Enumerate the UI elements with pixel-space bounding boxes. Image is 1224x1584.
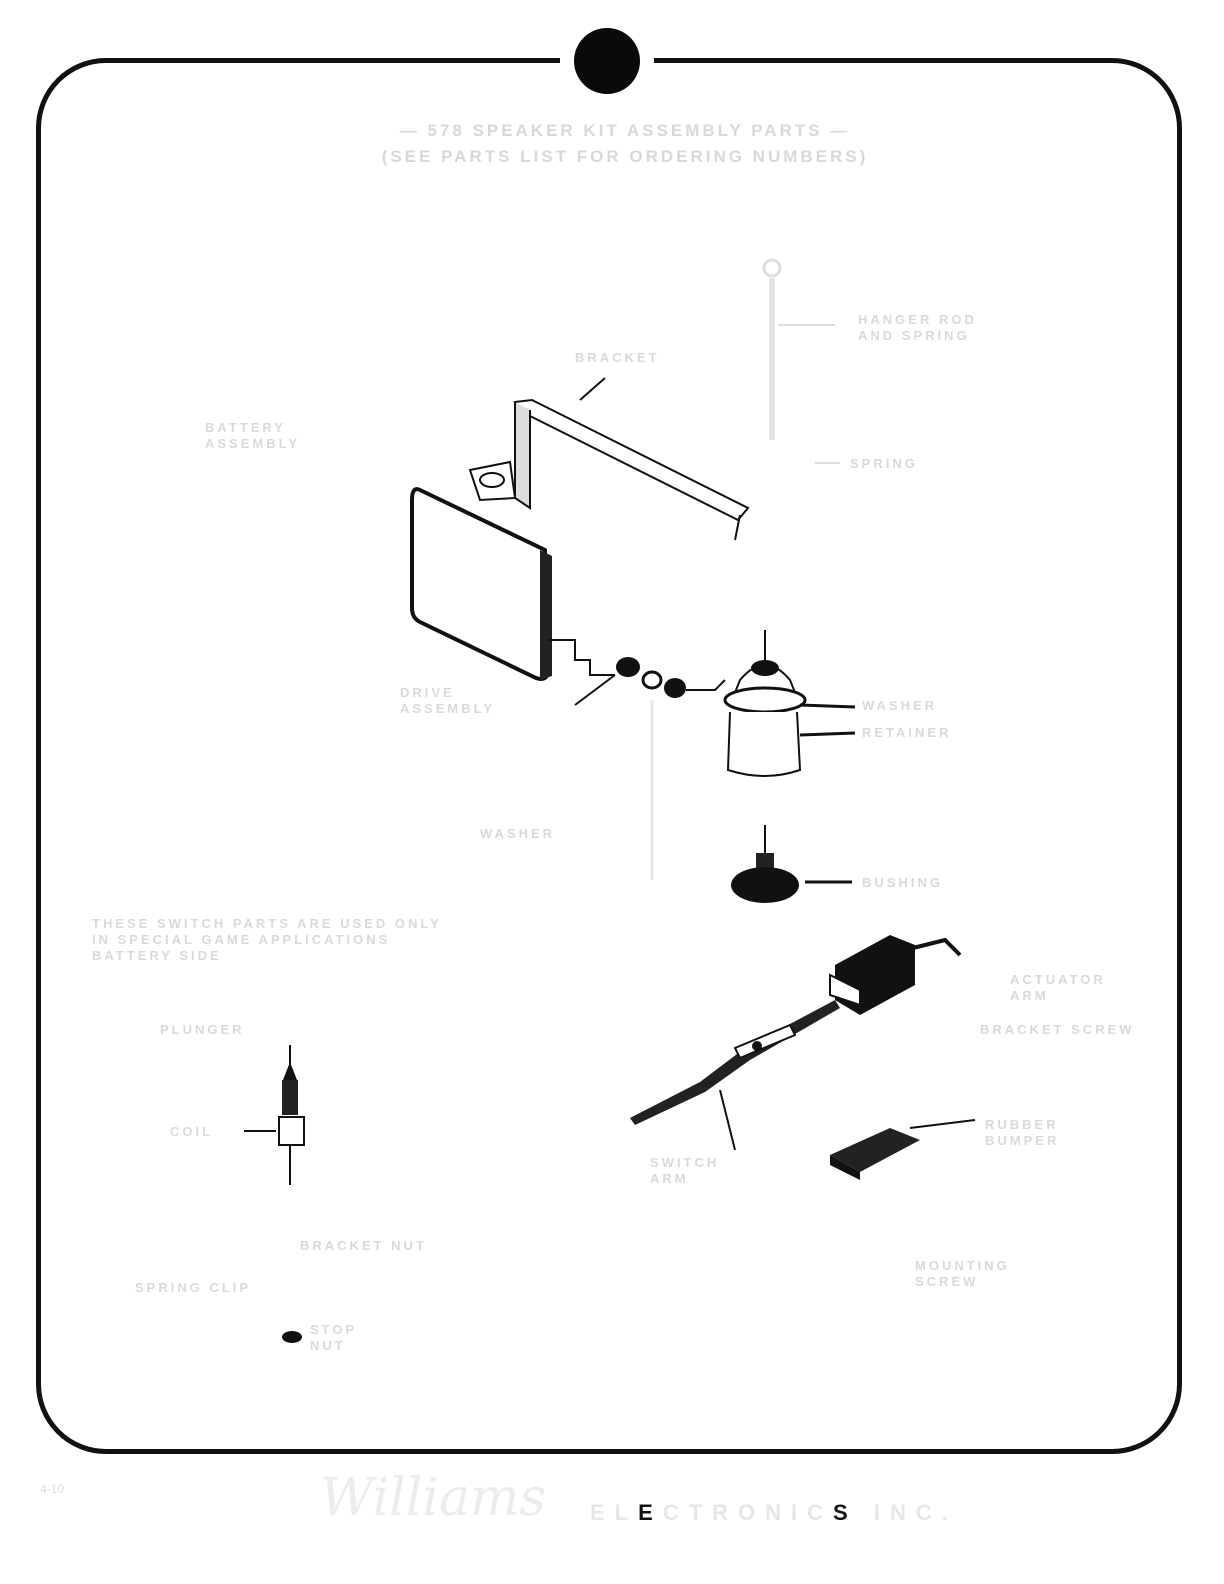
washer-parts [575, 657, 725, 880]
label-drive-assembly: DRIVE ASSEMBLY [400, 685, 495, 717]
page-number: 4-10 [40, 1482, 64, 1496]
hanger-rod-part [764, 260, 840, 463]
label-hanger-rod: HANGER ROD AND SPRING [858, 312, 977, 344]
bushing-part [731, 825, 852, 903]
label-mounting-screw: MOUNTING SCREW [915, 1258, 1010, 1290]
bracket-part [470, 378, 748, 540]
label-bracket-nut: BRACKET NUT [300, 1238, 427, 1254]
label-spring-clip: SPRING CLIP [135, 1280, 251, 1296]
label-spacer: WASHER [480, 826, 555, 842]
label-actuator: ACTUATOR ARM [1010, 972, 1106, 1004]
label-stop-nut-2: STOP NUT [310, 1322, 357, 1354]
brand-logo-script: Williams [320, 1468, 546, 1528]
company-name: ELECTRONICS INC. [590, 1500, 958, 1526]
retainer-cup-part [725, 630, 855, 776]
label-switch-arm: SWITCH ARM [650, 1155, 719, 1187]
label-bushing: BUSHING [862, 875, 943, 891]
company-mid: CTRONIC [663, 1500, 833, 1525]
label-bracket-screw: BRACKET SCREW [980, 1022, 1135, 1038]
rubber-bumper-part [830, 1120, 975, 1180]
label-washer: WASHER [862, 698, 937, 714]
company-letter-e: E [638, 1500, 663, 1525]
label-retainer: RETAINER [862, 725, 951, 741]
label-rubber-bumper: RUBBER BUMPER [985, 1117, 1059, 1149]
label-battery-assembly: BATTERY ASSEMBLY [205, 420, 300, 452]
label-bracket: BRACKET [575, 350, 660, 366]
switch-arm-part [630, 935, 960, 1150]
label-stop-nut: PLUNGER [160, 1022, 245, 1038]
battery-plate-part [412, 489, 615, 680]
plunger-part [244, 1045, 304, 1343]
company-prefix: EL [590, 1500, 638, 1525]
company-letter-s: S [833, 1500, 858, 1525]
label-coil: COIL [170, 1124, 213, 1140]
label-switch-note: THESE SWITCH PARTS ARE USED ONLY IN SPEC… [92, 916, 442, 964]
label-spring: SPRING [850, 456, 918, 472]
company-suffix: INC. [874, 1500, 958, 1525]
exploded-parts-drawing [0, 0, 1224, 1584]
